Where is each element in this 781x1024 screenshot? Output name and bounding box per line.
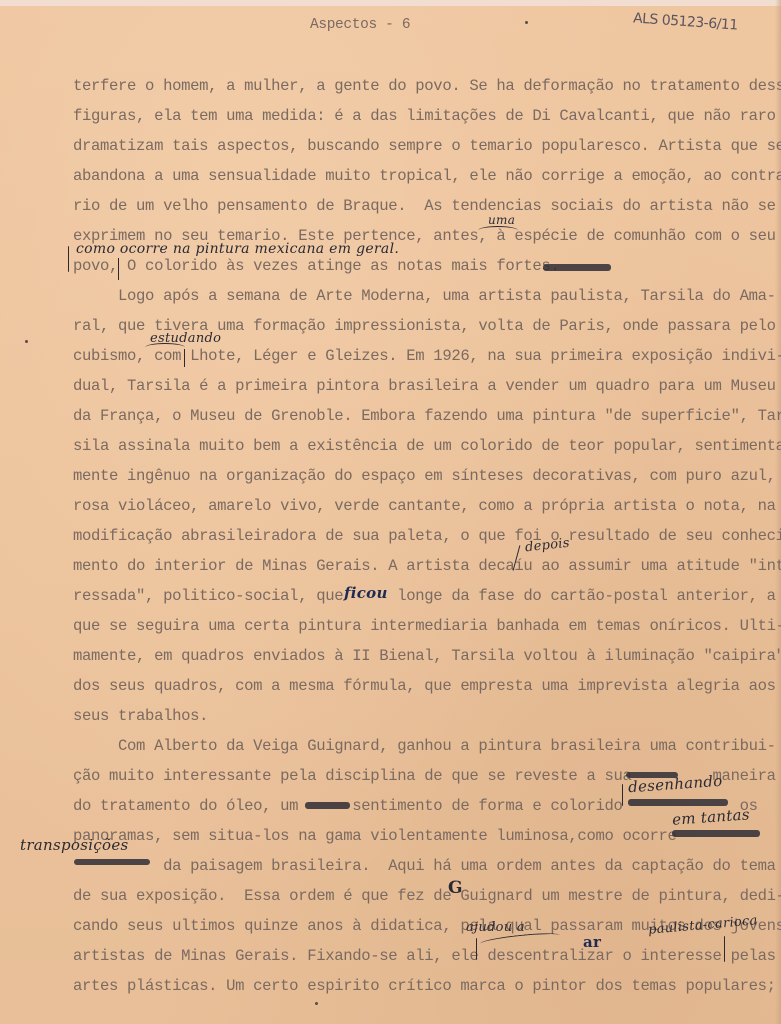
handwritten-insert-como-ocorre: como ocorre na pintura mexicana em geral… [76,241,399,257]
typed-line: artistas de Minas Gerais. Fixando-se ali… [73,947,776,965]
typed-line: abandona a uma sensualidade muito tropic… [73,167,781,185]
page-header-title: Aspectos - 6 [310,17,410,33]
page-top-edge [0,0,781,6]
insert-bracket [118,258,119,280]
struck-out-word [74,859,150,865]
typed-line: mente ingênuo na organização do espaço e… [73,467,776,485]
typed-line: mamente, em quadros enviados à II Bienal… [73,647,781,665]
insert-bracket [476,938,477,960]
archive-reference-number: ALS 05123-6/11 [633,10,739,33]
typed-line: panoramas, sem situa-los na gama violent… [73,827,677,845]
insert-caret [145,343,185,352]
handwritten-correction-G: G [448,878,463,898]
insert-caret [478,226,518,235]
typed-line: da França, o Museu de Grenoble. Embora f… [73,407,781,425]
typed-line: mento do interior de Minas Gerais. A art… [73,557,781,575]
struck-out-word [672,830,760,837]
struck-out-word [628,799,728,806]
typed-line: sila assinala muito bem a existência de … [73,437,781,455]
handwritten-insert-ajudou-a: ajudou a [466,920,525,935]
typed-line: dos seus quadros, com a mesma fórmula, q… [73,677,776,695]
typed-line: da paisagem brasileira. Aqui há uma orde… [73,857,781,875]
handwritten-insert-uma: uma [488,213,515,227]
paragraph-start-line: Logo após a semana de Arte Moderna, uma … [73,287,776,305]
typed-line: terfere o homem, a mulher, a gente do po… [73,77,781,95]
struck-out-word [543,264,611,271]
typed-line: modificação abrasileiradora de sua palet… [73,527,781,545]
typed-line: rosa violáceo, amarelo vivo, verde canta… [73,497,776,515]
insert-bracket [68,246,69,272]
paper-speck [315,1002,318,1005]
paragraph-start-line: Com Alberto da Veiga Guignard, ganhou a … [73,737,776,755]
insert-bracket [184,349,185,367]
typed-line: rio de um velho pensamento de Braque. As… [73,197,776,215]
typed-line: dual, Tarsila é a primeira pintora brasi… [73,377,776,395]
struck-out-word [305,802,350,809]
typed-line: artes plásticas. Um certo espirito críti… [73,977,776,995]
typed-line: dramatizam tais aspectos, buscando sempr… [73,137,781,155]
insert-bracket [724,936,725,962]
typed-line: ressada", politico-social, que longe da … [73,587,776,605]
handwritten-correction-ficou: ficou [344,584,388,602]
typed-line: seus trabalhos. [73,707,208,725]
document-page: Aspectos - 6 ALS 05123-6/11 terfere o ho… [0,0,781,1024]
typed-line: de sua exposição. Essa ordem é que fez d… [73,887,781,905]
handwritten-insert-depois: depois [524,536,570,556]
paper-speck [25,340,28,343]
typed-line: figuras, ela tem uma medida: é a das lim… [73,107,776,125]
paper-speck [525,21,528,24]
typed-line: que se seguira uma certa pintura interme… [73,617,781,635]
handwritten-correction-ar: ar [583,933,601,951]
typed-line: povo, O colorido às vezes atinge as nota… [73,257,559,275]
insert-bracket [622,784,623,806]
handwritten-insert-transposicoes: transposições [20,836,129,854]
